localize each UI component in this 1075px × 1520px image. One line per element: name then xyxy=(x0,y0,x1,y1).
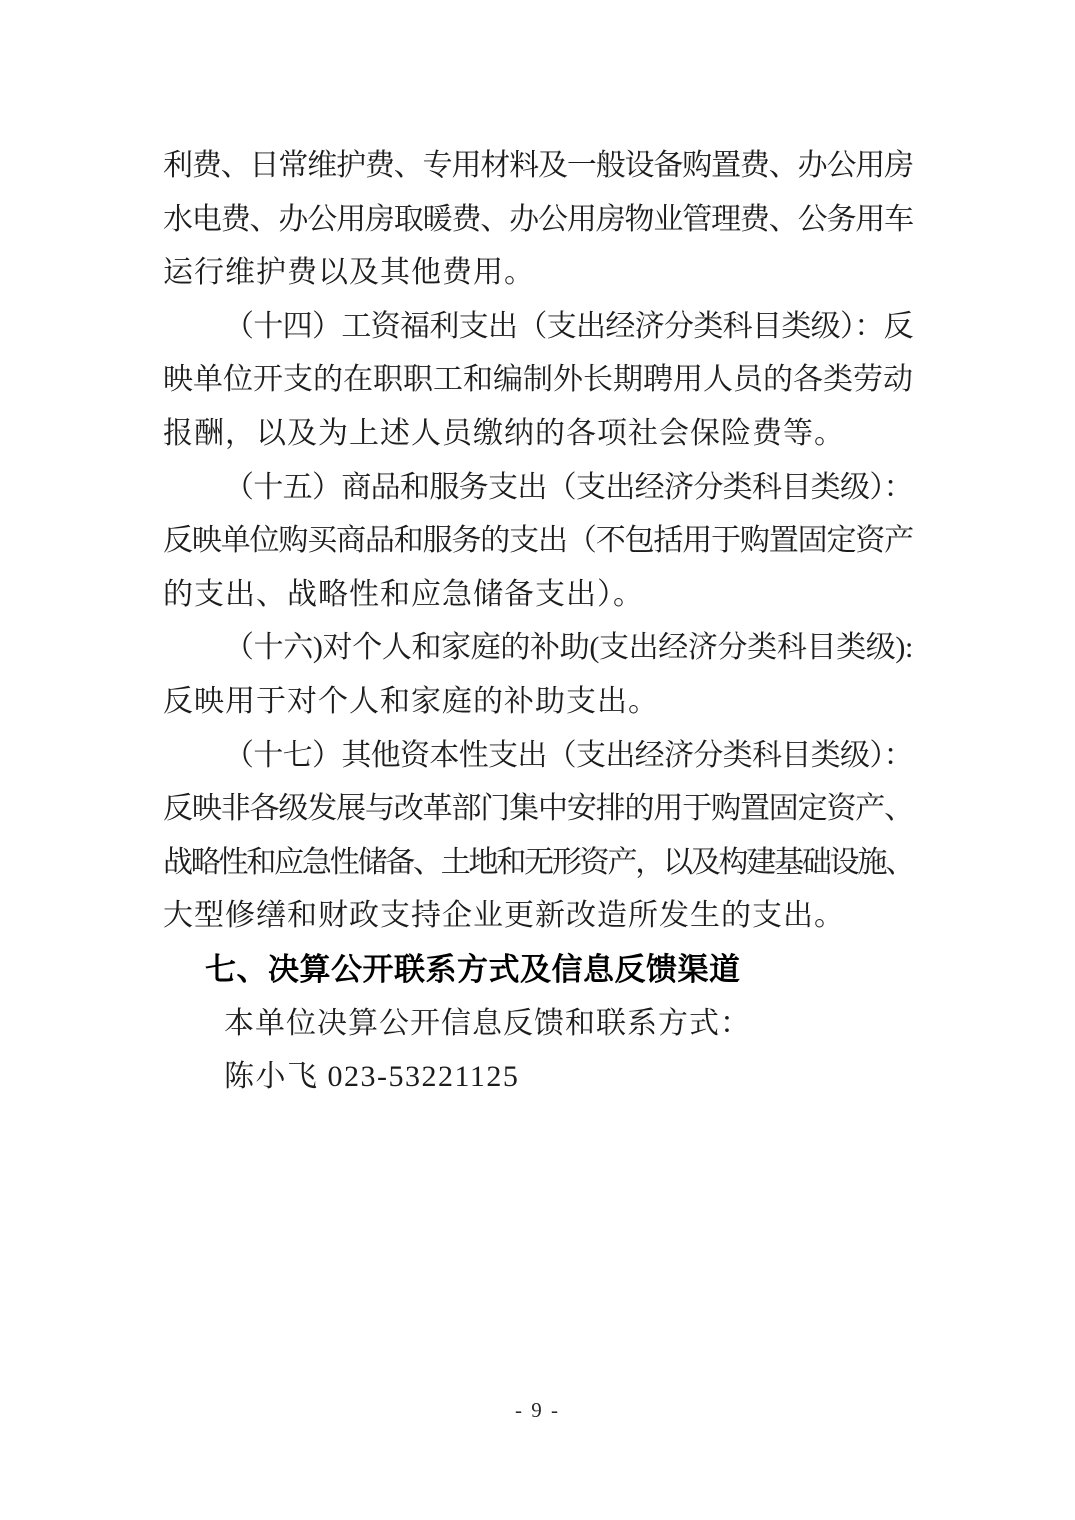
doc-line-text: （十四）工资福利支出（支出经济分类科目类级）：反 xyxy=(224,310,913,343)
doc-line: 本单位决算公开信息反馈和联系方式： xyxy=(163,997,913,1051)
doc-line-text: 映单位开支的在职职工和编制外长期聘用人员的各类劳动 xyxy=(163,363,913,396)
doc-line: 的支出、战略性和应急储备支出）。 xyxy=(163,568,913,622)
section-heading-text: 七、决算公开联系方式及信息反馈渠道 xyxy=(205,952,741,987)
doc-line-text: 运行维护费以及其他费用。 xyxy=(163,256,535,289)
doc-line: 大型修缮和财政支持企业更新改造所发生的支出。 xyxy=(163,889,913,943)
doc-line: （十七）其他资本性支出（支出经济分类科目类级）： xyxy=(163,729,913,783)
doc-line-text: 反映单位购买商品和服务的支出（不包括用于购置固定资产 xyxy=(163,524,913,557)
contact-text: 陈小飞 023-53221125 xyxy=(224,1060,519,1093)
doc-line: 利费、日常维护费、专用材料及一般设备购置费、办公用房 xyxy=(163,139,913,193)
document-page: 利费、日常维护费、专用材料及一般设备购置费、办公用房 水电费、办公用房取暖费、办… xyxy=(0,0,1075,1520)
section-heading: 七、决算公开联系方式及信息反馈渠道 xyxy=(163,943,913,997)
doc-line-text: 大型修缮和财政支持企业更新改造所发生的支出。 xyxy=(163,899,845,932)
doc-line: 映单位开支的在职职工和编制外长期聘用人员的各类劳动 xyxy=(163,353,913,407)
doc-line-text: 的支出、战略性和应急储备支出）。 xyxy=(163,578,644,611)
doc-line-text: 利费、日常维护费、专用材料及一般设备购置费、办公用房 xyxy=(163,149,913,182)
doc-line-text: 报酬，以及为上述人员缴纳的各项社会保险费等。 xyxy=(163,417,845,450)
doc-line: 运行维护费以及其他费用。 xyxy=(163,246,913,300)
doc-line-text: 本单位决算公开信息反馈和联系方式： xyxy=(224,1007,751,1040)
doc-line: （十四）工资福利支出（支出经济分类科目类级）：反 xyxy=(163,300,913,354)
doc-line-text: （十五）商品和服务支出（支出经济分类科目类级）： xyxy=(224,471,913,504)
doc-line: （十六)对个人和家庭的补助(支出经济分类科目类级): xyxy=(163,621,913,675)
contact-name-phone: 陈小飞 023-53221125 xyxy=(163,1050,913,1104)
doc-line-text: 反映非各级发展与改革部门集中安排的用于购置固定资产、 xyxy=(163,792,913,825)
doc-line: 反映用于对个人和家庭的补助支出。 xyxy=(163,675,913,729)
doc-line: 水电费、办公用房取暖费、办公用房物业管理费、公务用车 xyxy=(163,193,913,247)
footer-page-number: - 9 - xyxy=(0,1398,1075,1423)
doc-line: 报酬，以及为上述人员缴纳的各项社会保险费等。 xyxy=(163,407,913,461)
doc-line: 战略性和应急性储备、土地和无形资产，以及构建基础设施、 xyxy=(163,836,913,890)
doc-line-text: 战略性和应急性储备、土地和无形资产，以及构建基础设施、 xyxy=(163,846,913,879)
document-body: 利费、日常维护费、专用材料及一般设备购置费、办公用房 水电费、办公用房取暖费、办… xyxy=(163,139,913,1104)
doc-line: （十五）商品和服务支出（支出经济分类科目类级）： xyxy=(163,461,913,515)
doc-line: 反映单位购买商品和服务的支出（不包括用于购置固定资产 xyxy=(163,514,913,568)
doc-line: 反映非各级发展与改革部门集中安排的用于购置固定资产、 xyxy=(163,782,913,836)
doc-line-text: （十六)对个人和家庭的补助(支出经济分类科目类级): xyxy=(224,631,913,664)
doc-line-text: 反映用于对个人和家庭的补助支出。 xyxy=(163,685,659,718)
doc-line-text: （十七）其他资本性支出（支出经济分类科目类级）： xyxy=(224,739,913,772)
doc-line-text: 水电费、办公用房取暖费、办公用房物业管理费、公务用车 xyxy=(163,203,913,236)
